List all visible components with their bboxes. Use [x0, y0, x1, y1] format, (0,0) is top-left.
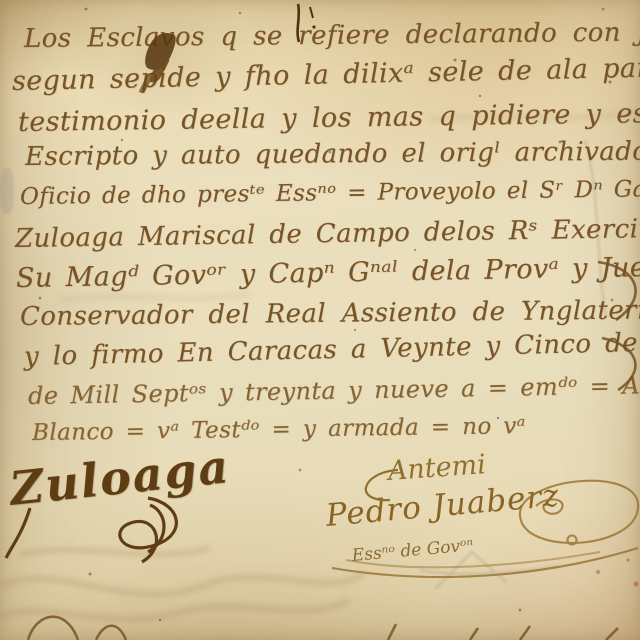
manuscript-line: segun sepide y fho la dilixᵃ sele de ala…: [12, 52, 640, 97]
edge-smudge: [0, 168, 14, 214]
signature-zuloaga: Zuloaga: [7, 439, 232, 516]
manuscript-line: y lo firmo En Caracas a Veynte y Cinco d…: [24, 326, 640, 372]
manuscript-line: Zuloaga Mariscal de Campo delos Rˢ Exerc…: [15, 213, 640, 254]
manuscript-line: Oficio de dho presᵗᵉ Essⁿᵒ = Proveyolo e…: [20, 175, 640, 210]
manuscript-line: Conservador del Real Assiento de Ynglate…: [20, 295, 640, 332]
signature-ante-mi: Antemi: [387, 449, 487, 487]
partial-next-line: [28, 617, 618, 640]
rust-specks: [596, 558, 639, 586]
manuscript-line: Blanco = vᵃ Testᵈᵒ = y armada = no vᵃ: [32, 413, 526, 446]
manuscript-page: Los Esclavos q se refiere declarando con…: [0, 0, 640, 640]
manuscript-line: Los Esclavos q se refiere declarando con…: [24, 17, 640, 54]
manuscript-line: testimonio deella y los mas q pidiere y …: [18, 98, 640, 138]
signature-notary-title: Essⁿᵒ de Govᵒⁿ: [351, 535, 474, 566]
manuscript-line: de Mill Septᵒˢ y treynta y nueve a = emᵈ…: [28, 370, 640, 410]
manuscript-line: Escripto y auto quedando el origˡ archiv…: [25, 136, 640, 172]
manuscript-line: Su Magᵈ Govᵒʳ y Capⁿ Gⁿᵃˡ dela Provᵃ y J…: [16, 252, 640, 294]
signature-notary: Pedro Juaberz: [324, 478, 560, 534]
